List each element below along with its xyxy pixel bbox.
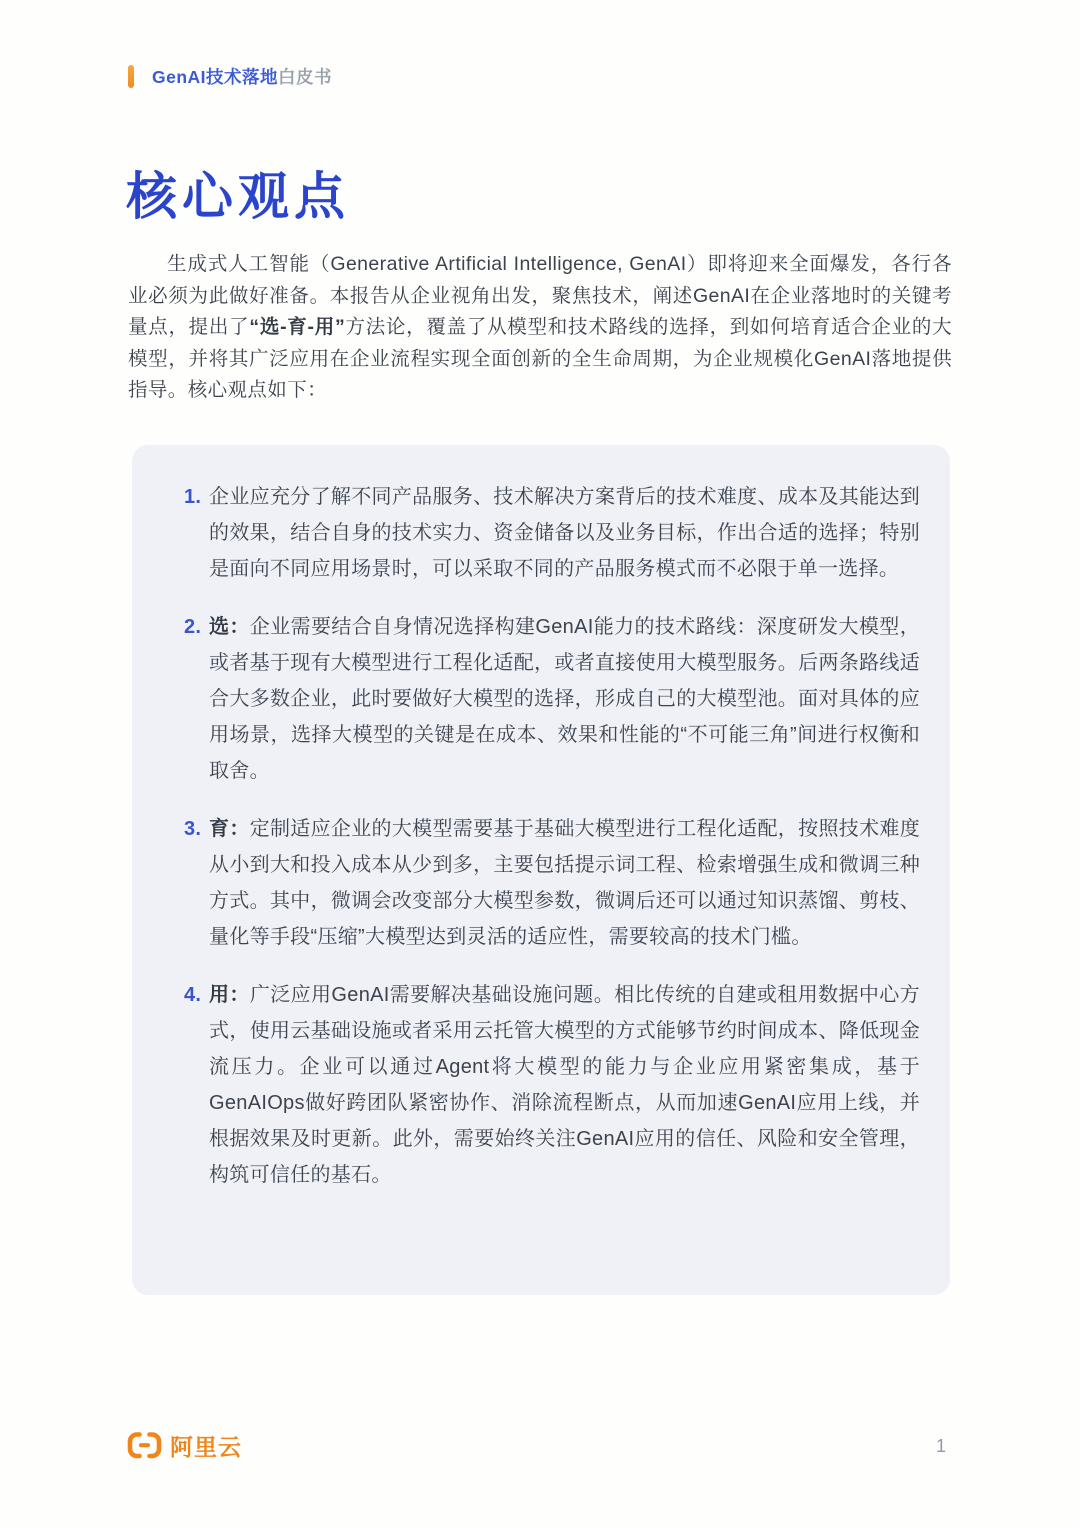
key-point-2: 2. 选：企业需要结合自身情况选择构建GenAI能力的技术路线：深度研发大模型，… (184, 609, 920, 789)
point-number: 1. (184, 479, 209, 587)
intro-methodology-highlight: “选-育-用” (249, 316, 345, 338)
point-text: 育：定制适应企业的大模型需要基于基础大模型进行工程化适配，按照技术难度从小到大和… (209, 811, 920, 955)
doc-title-highlight: GenAI技术落地 (152, 67, 278, 87)
orange-accent-bar (128, 65, 134, 88)
point-text: 选：企业需要结合自身情况选择构建GenAI能力的技术路线：深度研发大模型，或者基… (209, 609, 920, 789)
point-body-text: 企业应充分了解不同产品服务、技术解决方案背后的技术难度、成本及其能达到的效果，结… (209, 486, 920, 580)
point-number: 3. (184, 811, 209, 955)
point-body-text: 企业需要结合自身情况选择构建GenAI能力的技术路线：深度研发大模型，或者基于现… (209, 616, 920, 782)
whitepaper-page: GenAI技术落地白皮书 核心观点 生成式人工智能（Generative Art… (0, 0, 1080, 1527)
point-keyword: 选： (209, 616, 250, 638)
point-number: 4. (184, 977, 209, 1193)
doc-title-rest: 白皮书 (278, 67, 332, 87)
alibaba-cloud-brackets-icon (126, 1430, 163, 1461)
point-keyword: 用： (209, 984, 250, 1006)
key-point-3: 3. 育：定制适应企业的大模型需要基于基础大模型进行工程化适配，按照技术难度从小… (184, 811, 920, 955)
alibaba-cloud-logo: 阿里云 (126, 1429, 242, 1462)
logo-text: 阿里云 (170, 1429, 242, 1462)
point-text: 用：广泛应用GenAI需要解决基础设施问题。相比传统的自建或租用数据中心方式，使… (209, 977, 920, 1193)
page-title: 核心观点 (126, 155, 350, 229)
doc-title: GenAI技术落地白皮书 (152, 64, 332, 89)
key-point-1: 1. 企业应充分了解不同产品服务、技术解决方案背后的技术难度、成本及其能达到的效… (184, 479, 920, 587)
point-number: 2. (184, 609, 209, 789)
key-points-panel: 1. 企业应充分了解不同产品服务、技术解决方案背后的技术难度、成本及其能达到的效… (132, 445, 950, 1295)
point-body-text: 定制适应企业的大模型需要基于基础大模型进行工程化适配，按照技术难度从小到大和投入… (209, 818, 920, 948)
point-text: 企业应充分了解不同产品服务、技术解决方案背后的技术难度、成本及其能达到的效果，结… (209, 479, 920, 587)
page-number: 1 (936, 1436, 946, 1457)
point-keyword: 育： (209, 818, 250, 840)
point-body-text: 广泛应用GenAI需要解决基础设施问题。相比传统的自建或租用数据中心方式，使用云… (209, 984, 920, 1186)
running-header: GenAI技术落地白皮书 (128, 64, 332, 89)
intro-paragraph: 生成式人工智能（Generative Artificial Intelligen… (128, 249, 952, 407)
key-point-4: 4. 用：广泛应用GenAI需要解决基础设施问题。相比传统的自建或租用数据中心方… (184, 977, 920, 1193)
